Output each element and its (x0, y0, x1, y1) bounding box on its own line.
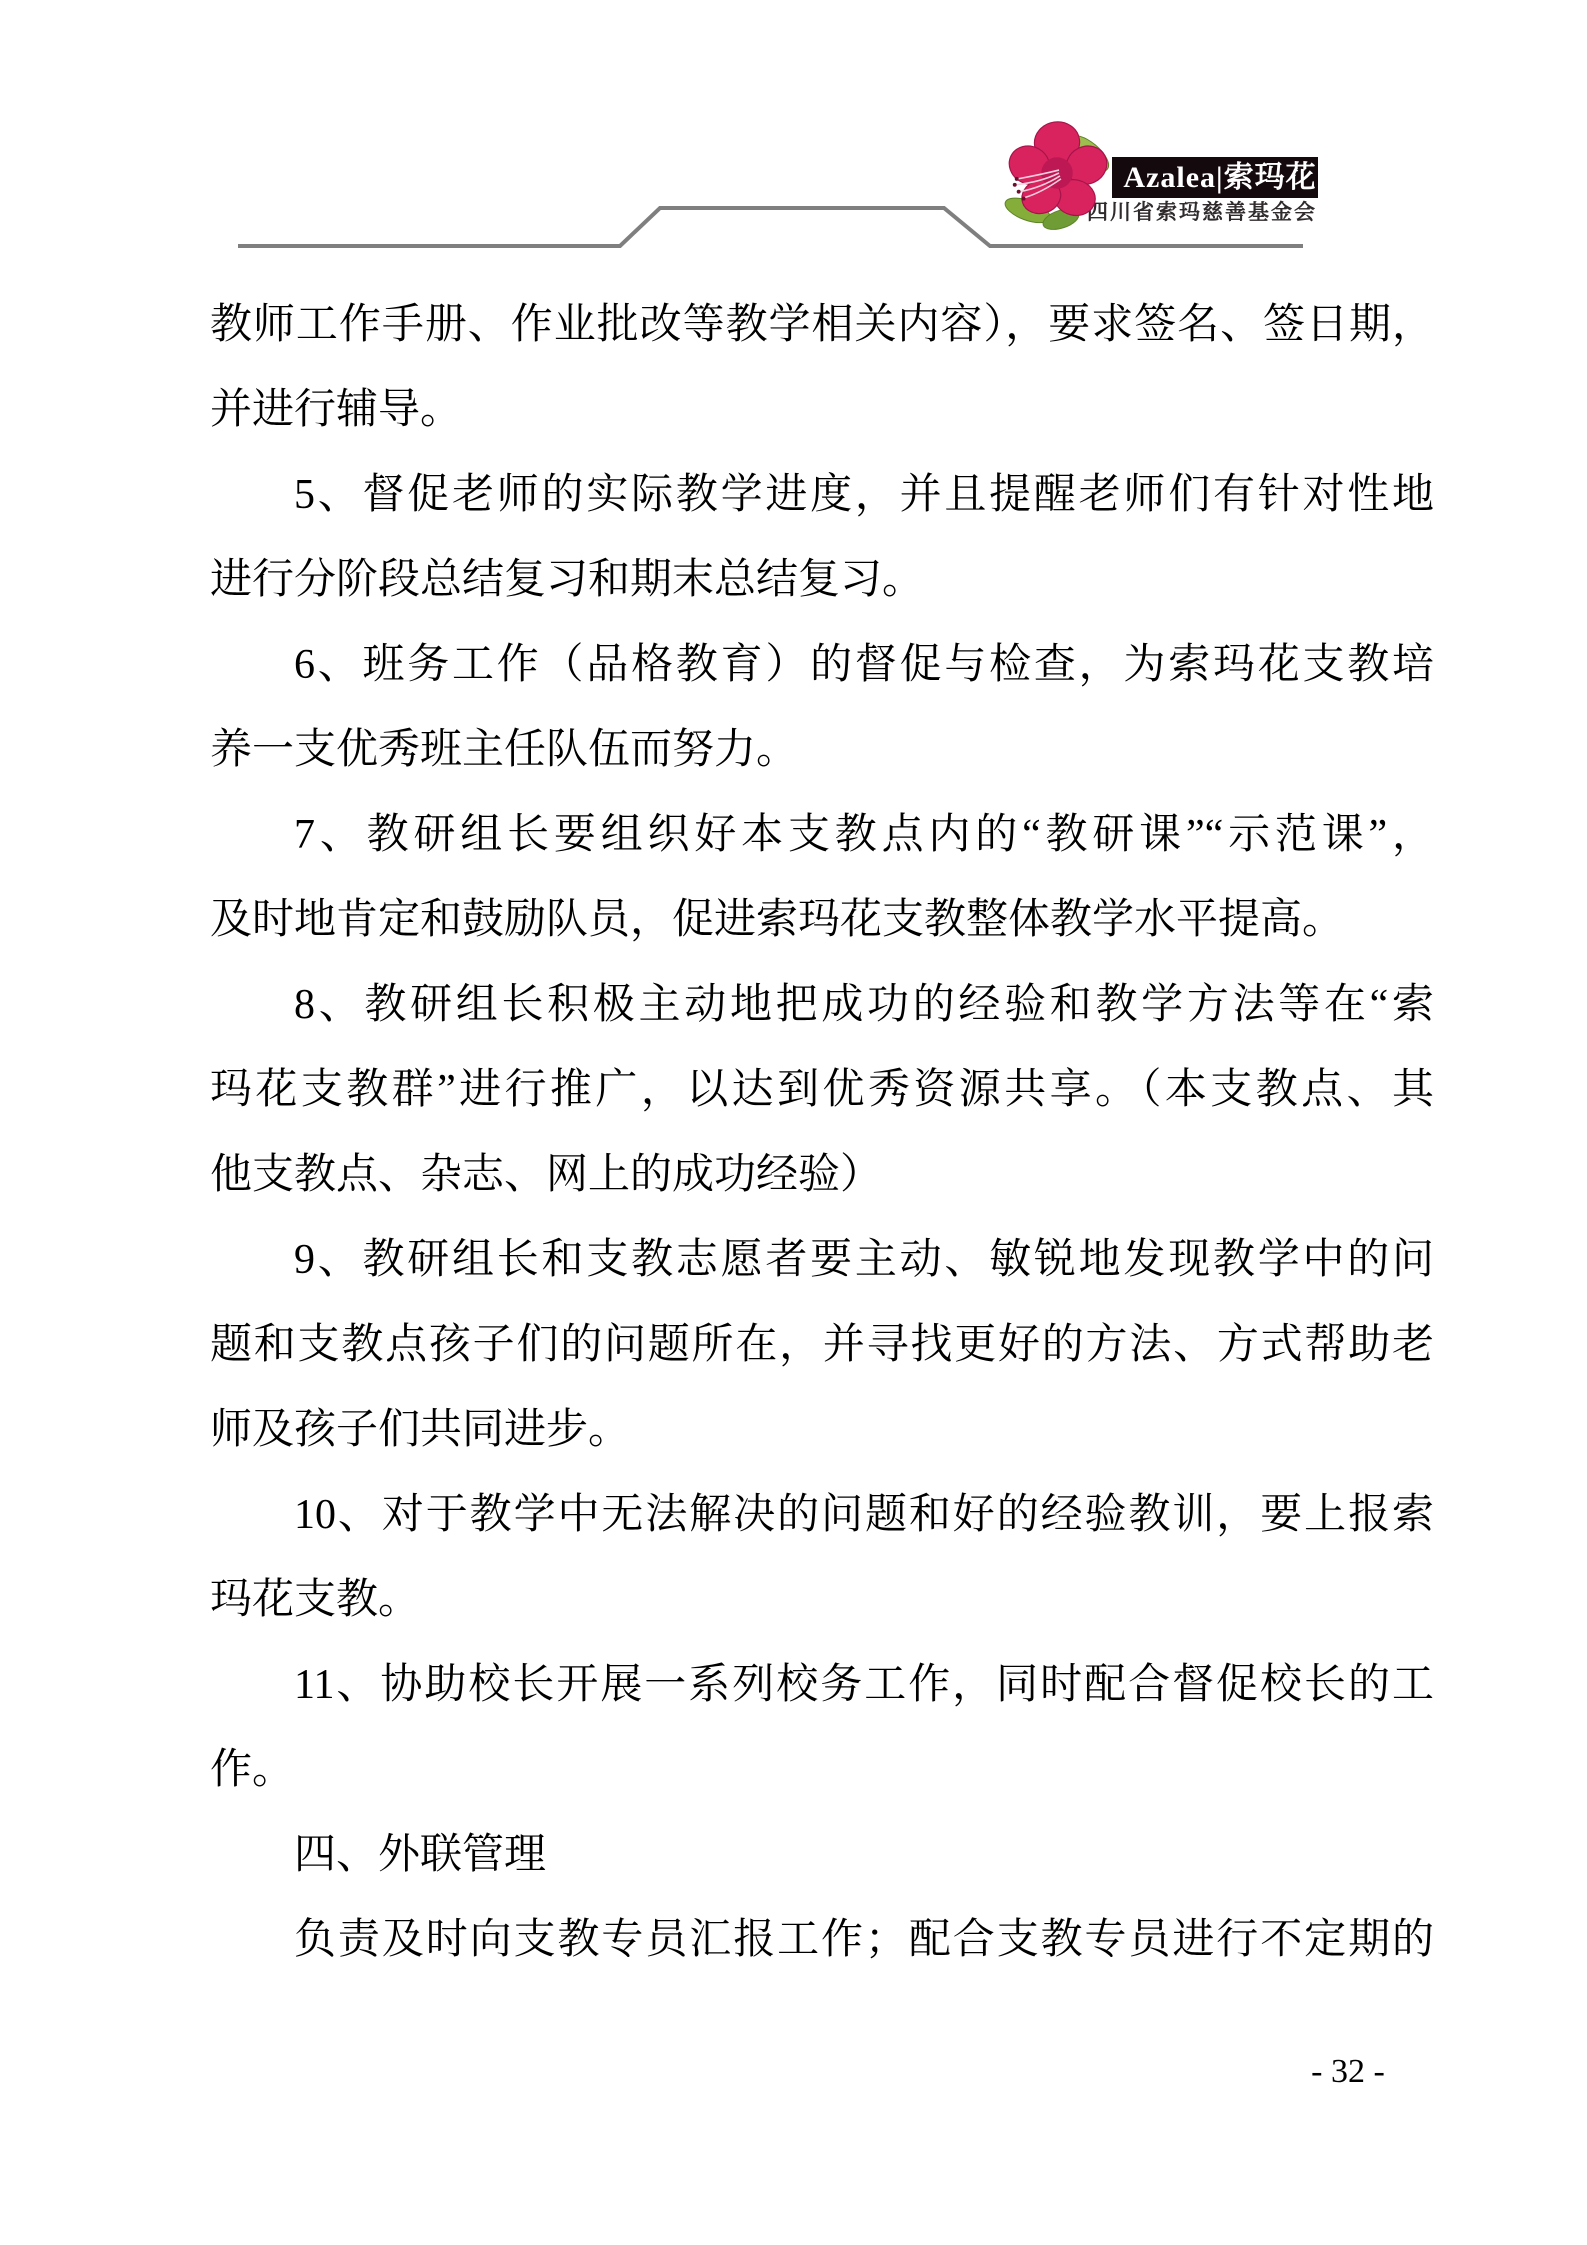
body-line: 11、协助校长开展一系列校务工作，同时配合督促校长的工 (210, 1643, 1434, 1728)
body-line: 5、督促老师的实际教学进度，并且提醒老师们有针对性地 (210, 453, 1434, 538)
page-number: - 32 - (1268, 2050, 1428, 2094)
header-decorative-line (0, 0, 1587, 300)
body-line: 师及孩子们共同进步。 (210, 1388, 1434, 1473)
body-line: 10、对于教学中无法解决的问题和好的经验教训，要上报索 (210, 1473, 1434, 1558)
body-line: 他支教点、杂志、网上的成功经验） (210, 1133, 1434, 1218)
body-line: 玛花支教。 (210, 1558, 1434, 1643)
document-page: Azalea|索玛花 四川省索玛慈善基金会 教师工作手册、作业批改等教学相关内容… (0, 0, 1587, 2245)
body-line: 9、教研组长和支教志愿者要主动、敏锐地发现教学中的问 (210, 1218, 1434, 1303)
body-line: 及时地肯定和鼓励队员，促进索玛花支教整体教学水平提高。 (210, 878, 1434, 963)
body-line: 8、教研组长积极主动地把成功的经验和教学方法等在“索 (210, 963, 1434, 1048)
foundation-logo: Azalea|索玛花 四川省索玛慈善基金会 (985, 100, 1345, 250)
logo-brand-text: Azalea|索玛花 (1123, 161, 1316, 194)
document-body: 教师工作手册、作业批改等教学相关内容），要求签名、签日期，并进行辅导。5、督促老… (210, 283, 1434, 1983)
body-line: 四、外联管理 (210, 1813, 1434, 1898)
body-line: 进行分阶段总结复习和期末总结复习。 (210, 538, 1434, 623)
body-line: 6、班务工作（品格教育）的督促与检查，为索玛花支教培 (210, 623, 1434, 708)
logo-banner: Azalea|索玛花 (1112, 157, 1318, 198)
body-line: 并进行辅导。 (210, 368, 1434, 453)
body-line: 负责及时向支教专员汇报工作；配合支教专员进行不定期的 (210, 1898, 1434, 1983)
body-line: 养一支优秀班主任队伍而努力。 (210, 708, 1434, 793)
body-line: 7、教研组长要组织好本支教点内的“教研课”“示范课”， (210, 793, 1434, 878)
azalea-flower-icon (1000, 112, 1118, 234)
body-line: 玛花支教群”进行推广，以达到优秀资源共享。（本支教点、其 (210, 1048, 1434, 1133)
body-line: 作。 (210, 1728, 1434, 1813)
body-line: 题和支教点孩子们的问题所在，并寻找更好的方法、方式帮助老 (210, 1303, 1434, 1388)
logo-subtitle: 四川省索玛慈善基金会 (1087, 199, 1315, 225)
body-line: 教师工作手册、作业批改等教学相关内容），要求签名、签日期， (210, 283, 1434, 368)
